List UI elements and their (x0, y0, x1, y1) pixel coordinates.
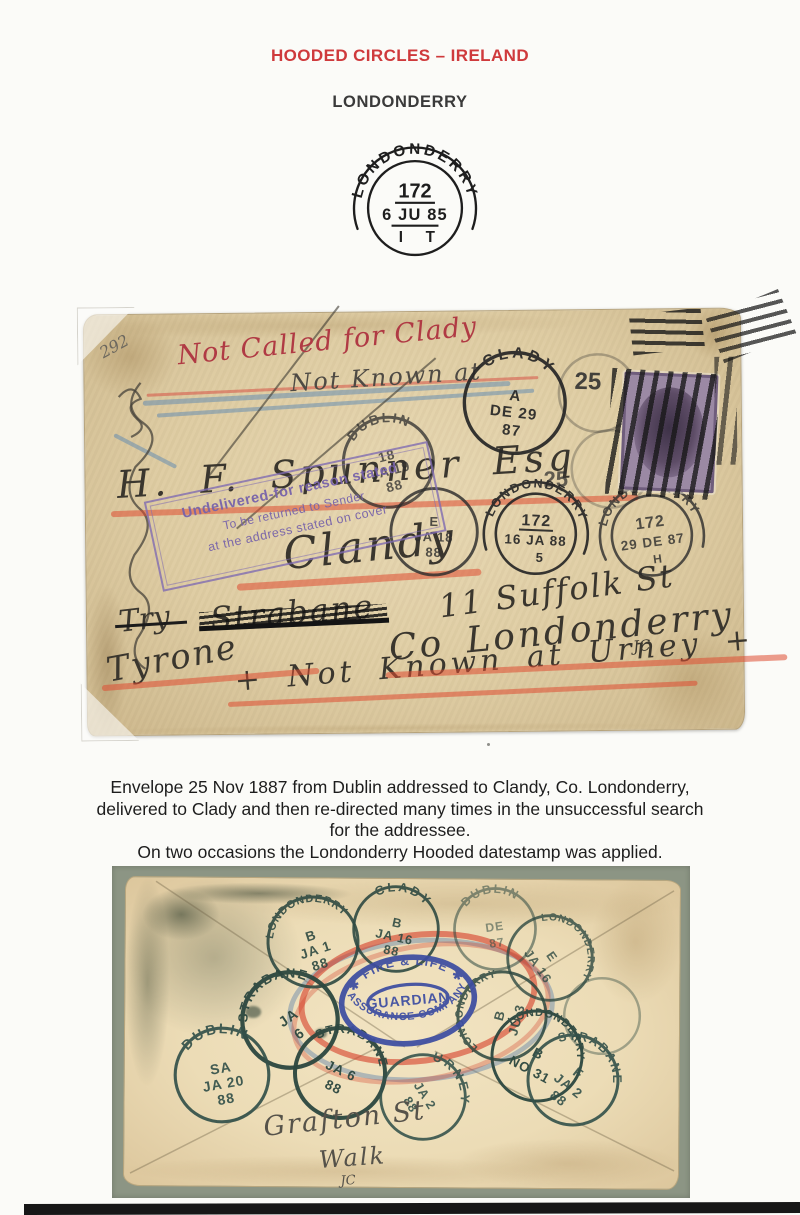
try-note: Try (117, 599, 172, 640)
page-title: HOODED CIRCLES – IRELAND (0, 46, 800, 66)
scan-dust-speck (487, 743, 490, 746)
clady-year: 87 (501, 421, 522, 440)
caption: Envelope 25 Nov 1887 from Dublin address… (40, 777, 760, 863)
barred-cancel-corner (706, 289, 796, 363)
barred-cancel (605, 368, 720, 500)
scan-edge-artifact (24, 1202, 800, 1215)
clady-date: DE 29 (489, 402, 538, 424)
dublin-arc-text: DUBLIN (341, 403, 417, 446)
caption-line4: On two occasions the Londonderry Hooded … (40, 842, 760, 864)
clady-arc-text: CLADY (478, 341, 561, 379)
hooded2-time: H (652, 551, 663, 566)
svg-text:✱ FIRE & LIFE ✱: ✱ FIRE & LIFE ✱ (343, 949, 467, 995)
crossed-note: Not Known at (289, 357, 483, 397)
mounting-corner (81, 683, 140, 742)
hooded1-date: 16 JA 88 (504, 531, 567, 549)
clerk-initials: JC (340, 1173, 356, 1189)
transit-year: 88 (425, 545, 442, 560)
caption-line1: Envelope 25 Nov 1887 from Dublin address… (40, 777, 760, 799)
drawing-office-number: 172 (398, 180, 431, 202)
index: E (543, 949, 560, 965)
caption-line3: for the addressee. (40, 820, 760, 842)
hooded2-date: 29 DE 87 (620, 530, 686, 553)
clady-datestamp: CLADY A DE 29 87 (453, 341, 577, 465)
hooded1-time: 5 (535, 550, 544, 565)
envelope-back-mat: LONDONDERRY B JA 1 88 CLADY B JA 16 88 D… (112, 866, 690, 1198)
year: 88 (216, 1089, 236, 1108)
drawing-date: 6 JU 85 (382, 206, 448, 224)
hooded1-number: 172 (521, 512, 551, 530)
seal-top-text: ✱ FIRE & LIFE ✱ (343, 949, 467, 995)
svg-text:CLADY: CLADY (478, 341, 561, 379)
barred-cancel-edge (714, 357, 737, 465)
barred-cancel-corner (629, 307, 705, 355)
page-subtitle: LONDONDERRY (0, 93, 800, 112)
year: 88 (323, 1077, 345, 1098)
clady-index: A (509, 387, 523, 405)
hooded-datestamp-drawing: LONDONDERRY 172 6 JU 85 I T (327, 140, 503, 262)
date: DE (484, 919, 504, 935)
hooded2-number: 172 (634, 513, 666, 534)
envelope-front-photo: 292 Not Called for Clady Not Known at H.… (83, 308, 745, 737)
svg-text:DUBLIN: DUBLIN (341, 403, 417, 446)
walk-note: Walk (318, 1141, 387, 1174)
caption-line2: delivered to Clady and then re-directed … (40, 799, 760, 821)
guardian-assurance-seal: ✱ FIRE & LIFE ✱ ASSURANCE COMPANY GUARDI… (329, 943, 487, 1059)
drawing-index-left: I (399, 229, 403, 246)
drawing-index-right: T (426, 229, 436, 246)
